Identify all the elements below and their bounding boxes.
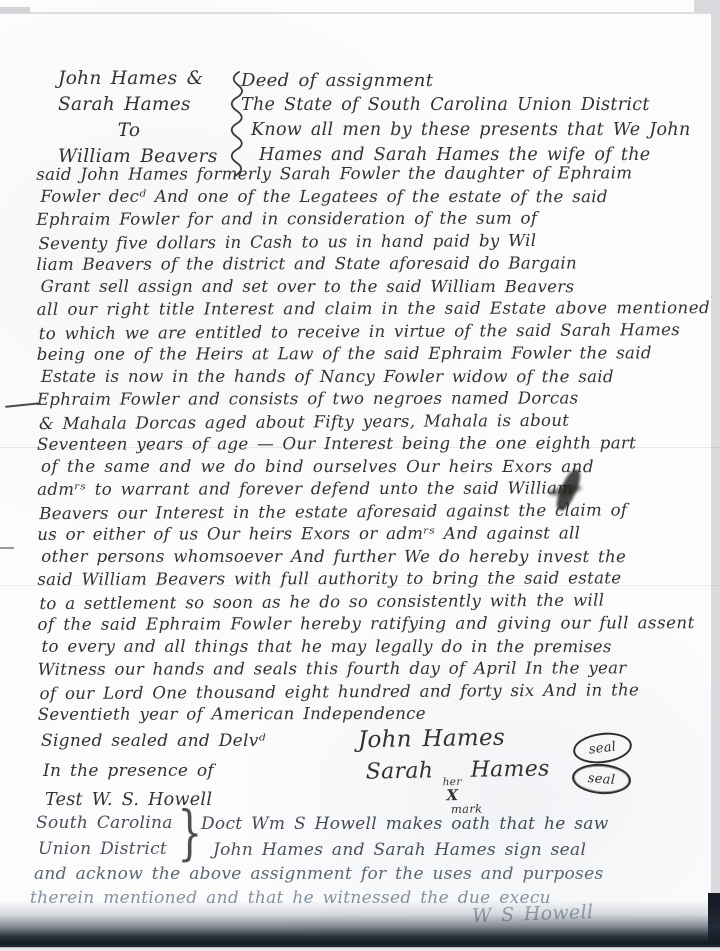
deed-body-line: Seventieth year of American Independence: [38, 703, 710, 727]
x-mark-glyph: X: [446, 787, 458, 802]
seal-stamp: seal: [571, 730, 633, 767]
party-line: To: [58, 120, 230, 146]
oath-text-line: John Hames and Sarah Hames sign seal: [213, 840, 586, 860]
deed-body-line: all our right title Interest and claim i…: [37, 298, 709, 322]
margin-dash-mark: [5, 402, 41, 408]
margin-dash-mark: [0, 547, 14, 549]
deed-body-line: admʳˢ to warrant and forever defend unto…: [37, 478, 709, 502]
deed-body-line: of our Lord One thousand eight hundred a…: [40, 679, 710, 706]
oath-place-district: Union District: [38, 839, 167, 859]
deed-body-line: of the same and we do bind ourselves Our…: [41, 456, 709, 479]
party-line: Sarah Hames: [58, 94, 230, 120]
signature-john-hames: John Hames: [358, 725, 505, 754]
scan-top-right-corner: [694, 0, 720, 13]
scan-right-edge: [711, 13, 720, 903]
attestation-line: In the presence of: [43, 761, 214, 781]
deed-body-line: Witness our hands and seals this fourth …: [38, 658, 710, 682]
deed-body-line: of the said Ephraim Fowler hereby ratify…: [37, 613, 709, 637]
deed-body-line: & Mahala Dorcas aged about Fifty years, …: [39, 409, 709, 436]
deed-body-line: Seventy five dollars in Cash to us in ha…: [38, 229, 708, 256]
deed-body-line: Ephraim Fowler and consists of two negro…: [37, 388, 709, 412]
scan-bottom-strip: [0, 947, 720, 951]
scanned-deed-document: John Hames &Sarah HamesToWilliam Beavers…: [0, 0, 720, 951]
deed-body-line: Estate is now in the hands of Nancy Fowl…: [41, 366, 709, 389]
oath-text-line: Doct Wm S Howell makes oath that he saw: [201, 814, 609, 834]
deed-body-line: Ephraim Fowler for and in consideration …: [36, 208, 708, 232]
heading-block: Deed of assignment The State of South Ca…: [241, 70, 711, 170]
signature-sarah-hames: SarahherXmarkHames: [366, 756, 551, 815]
parties-block: John Hames &Sarah HamesToWilliam Beavers: [58, 68, 230, 172]
heading-lines: The State of South Carolina Union Distri…: [241, 95, 711, 170]
deed-body-line: to every and all things that he may lega…: [42, 636, 710, 659]
deed-body-text: said John Hames formerly Sarah Fowler th…: [36, 163, 709, 727]
scan-top-edge-line: [0, 12, 720, 14]
seal-label: seal: [587, 771, 615, 788]
deed-body-line: Seventeen years of age — Our Interest be…: [37, 433, 709, 457]
deed-body-line: to a settlement so soon as he do so cons…: [39, 589, 709, 616]
attestation-line: Signed sealed and Delvᵈ: [41, 731, 266, 751]
oath-place-state: South Carolina: [36, 813, 173, 833]
signer-first-name: Sarah: [366, 758, 434, 784]
deed-body-line: us or either of us Our heirs Exors or ad…: [37, 523, 709, 547]
seal-label: seal: [588, 739, 617, 757]
oath-brace: }: [177, 805, 202, 864]
oath-text-line: and acknow the above assignment for the …: [34, 864, 603, 884]
deed-body-line: liam Beavers of the district and State a…: [37, 253, 709, 277]
party-line: John Hames &: [58, 68, 230, 94]
scan-bottom-shadow: [0, 900, 720, 947]
heading-line: The State of South Carolina Union Distri…: [241, 95, 711, 120]
deed-body-line: other persons whomsoever And further We …: [41, 546, 709, 569]
document-title: Deed of assignment: [241, 70, 711, 95]
deed-body-line: said William Beavers with full authority…: [37, 568, 709, 592]
deed-body-line: being one of the Heirs at Law of the sai…: [37, 343, 709, 367]
seal-stamp: seal: [571, 762, 632, 796]
deed-body-line: to which we are entitled to receive in v…: [39, 319, 709, 346]
deed-body-line: Beavers our Interest in the estate afore…: [39, 499, 709, 526]
deed-body-line: said John Hames formerly Sarah Fowler th…: [36, 163, 708, 187]
her-mark-stack: herXmark: [436, 777, 468, 815]
signer-last-name: Hames: [470, 756, 549, 782]
paper-crease: [0, 585, 720, 586]
paper-crease: [0, 447, 720, 448]
deed-body-line: Grant sell assign and set over to the sa…: [41, 276, 709, 299]
heading-line: Know all men by these presents that We J…: [251, 120, 711, 145]
scan-top-left-notch: [0, 7, 30, 13]
deed-body-line: Fowler decᵈ And one of the Legatees of t…: [40, 186, 708, 209]
